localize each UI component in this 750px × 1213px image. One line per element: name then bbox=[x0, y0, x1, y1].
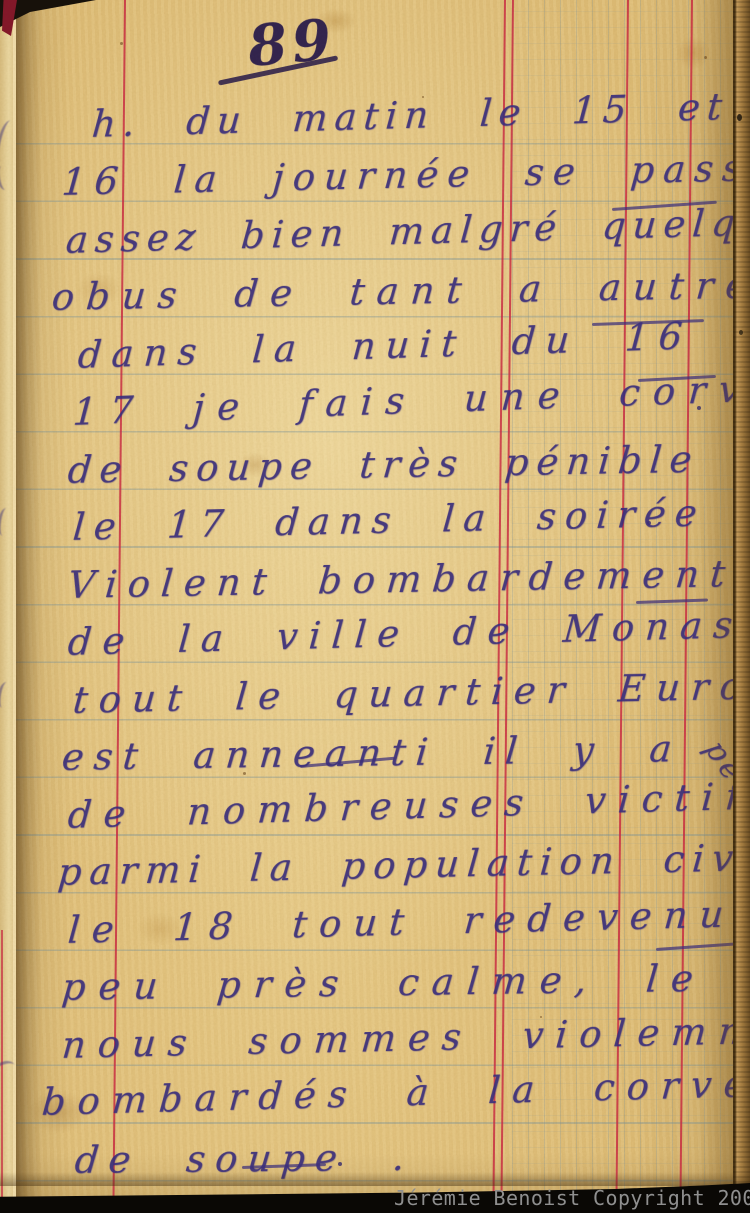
handwriting-line: peu près calme, le 19 bbox=[60, 955, 750, 1009]
handwriting-line: bombardés à la corvée bbox=[40, 1061, 750, 1124]
handwriting-line: le 17 dans la soirée bbox=[71, 492, 707, 549]
fore-edge-speck bbox=[737, 114, 742, 121]
handwriting-line: parmi la population civile bbox=[56, 835, 750, 894]
handwriting-line: le 18 tout redevenu a bbox=[66, 891, 750, 952]
page-curvature-shade bbox=[696, 0, 733, 1198]
binding-crease-shadow bbox=[16, 0, 42, 1213]
handwriting-line: assez bien malgré quelques bbox=[64, 199, 750, 262]
handwriting-line: obus de tant a autre bbox=[50, 264, 750, 319]
paper-speck bbox=[120, 42, 123, 45]
handwriting-line: est anneanti il y a bbox=[60, 727, 683, 779]
handwriting-line: de soupe très pénible bbox=[66, 438, 701, 492]
handwriting-line: de la ville de Monastir bbox=[66, 601, 750, 664]
handwriting-line: 17 je fais une corvée bbox=[71, 365, 750, 434]
diary-scan-page: 89 h. du matin le 15 et le 16 la journée… bbox=[0, 0, 750, 1213]
fore-edge-speck bbox=[739, 330, 743, 335]
handwriting-line: nous sommes violemment bbox=[60, 1007, 750, 1067]
handwriting-line: tout le quartier Euro bbox=[71, 665, 750, 722]
handwriting-line: Violent bombardement bbox=[66, 552, 738, 607]
handwriting-line: de nombreuses victimes bbox=[66, 772, 750, 837]
handwriting-line: 16 la journée se passe bbox=[60, 146, 750, 204]
book-fore-edge bbox=[733, 0, 750, 1198]
handwriting-line: h. du matin le 15 et le bbox=[90, 83, 750, 146]
copyright-watermark: Jérémie Benoist Copyright 2008 bbox=[394, 1186, 750, 1210]
bottom-edge-shadow bbox=[0, 1172, 750, 1186]
